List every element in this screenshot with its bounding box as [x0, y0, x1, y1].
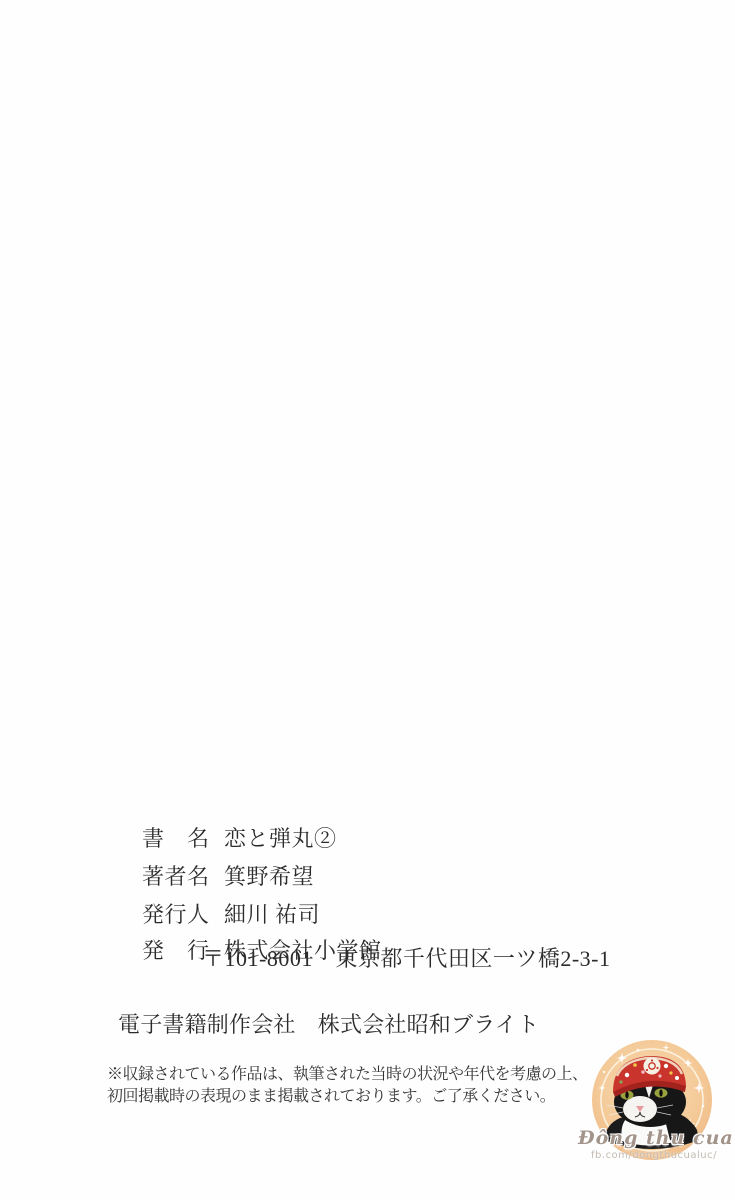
scanlation-watermark: Đông thu cua Luc fb.com/dongthucualuc/: [578, 1028, 730, 1178]
watermark-facebook-url: fb.com/dongthucualuc/: [578, 1150, 730, 1161]
colophon-page: 書 名恋と弾丸② 著者名箕野希望 発行人細川 祐司 発 行株式会社小学館 〒10…: [0, 0, 735, 1200]
watermark-group-name: Đông thu cua Luc: [578, 1127, 730, 1149]
disclaimer-line-2: 初回掲載時の表現のまま掲載されております。ご了承ください。: [107, 1086, 607, 1108]
disclaimer-line-1: ※収録されている作品は、執筆された当時の状況や年代を考慮の上、: [107, 1064, 607, 1086]
reprint-disclaimer: ※収録されている作品は、執筆された当時の状況や年代を考慮の上、 初回掲載時の表現…: [107, 1064, 607, 1108]
ebook-producer-line: 電子書籍制作会社 株式会社昭和ブライト: [118, 1008, 539, 1039]
publisher-label: 発 行: [142, 934, 210, 965]
publisher-address: 〒101-8001 東京都千代田区一ツ橋2-3-1: [202, 942, 610, 973]
